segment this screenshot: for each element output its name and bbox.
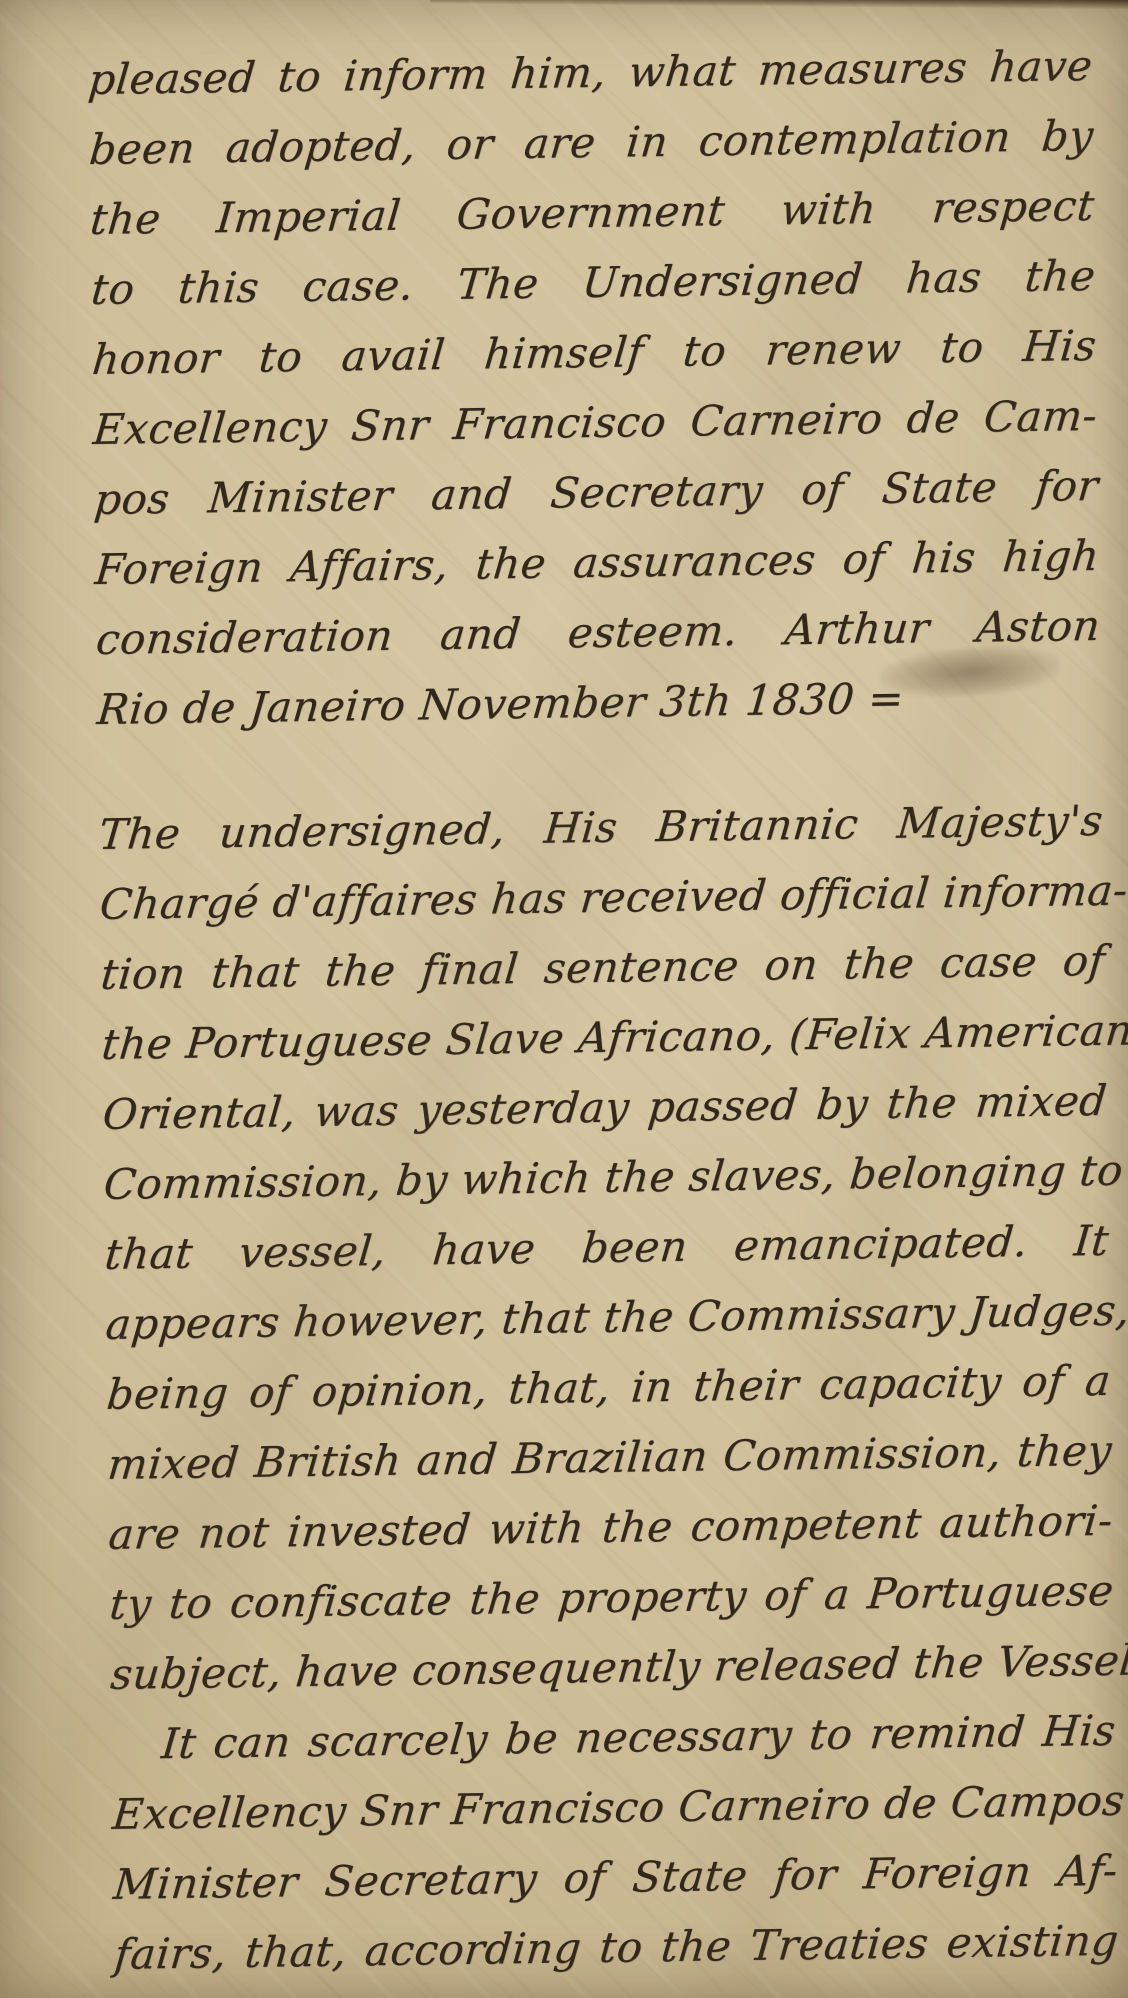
paragraph-closing-of-note: pleased to inform him, what measures hav… [88, 31, 1102, 745]
manuscript-line: Rio de Janeiro November 3th 1830 = [94, 661, 1104, 745]
page-top-edge-shadow [430, 0, 1128, 10]
manuscript-line: fairs, that, according to the Treaties e… [111, 1906, 1121, 1990]
paragraph-second-note: The undersigned, His Britannic Majesty's… [99, 786, 1120, 1990]
letter-body: pleased to inform him, what measures hav… [88, 31, 1119, 1990]
manuscript-page: pleased to inform him, what measures hav… [0, 0, 1128, 1998]
